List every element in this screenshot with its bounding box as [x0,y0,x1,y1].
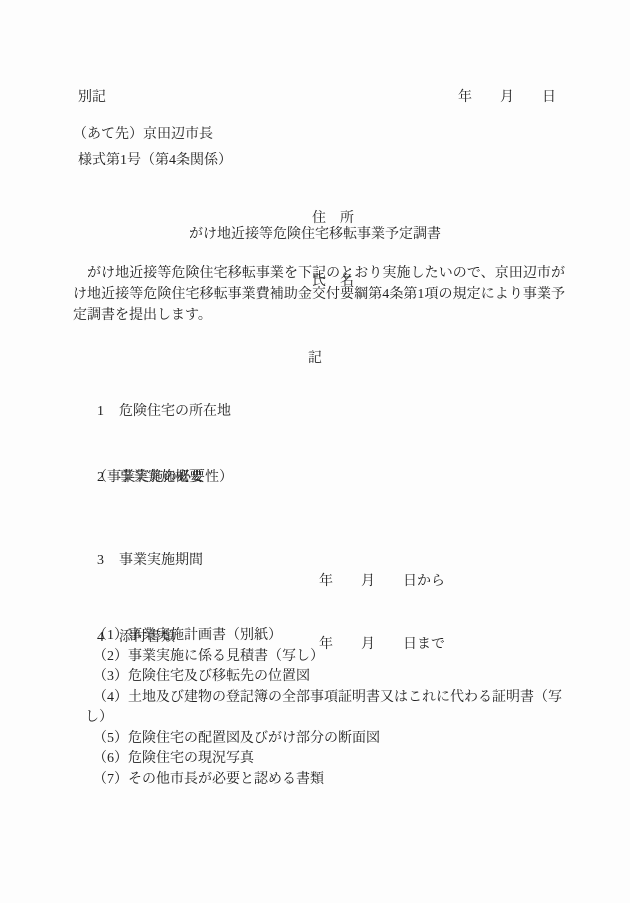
attachment-item-1: （1）事業実施計画書（別紙） [85,626,567,647]
item-3-label: 事業実施期間 [119,553,203,568]
attachment-3-text: 危険住宅及び移転先の位置図 [128,669,310,684]
addressee: （あて先）京田辺市長 [73,124,213,145]
record-marker: 記 [0,348,630,369]
attachment-3-marker: （3） [93,669,128,684]
form-number: 様式第1号（第4条関係） [78,150,232,171]
attachment-list: （1）事業実施計画書（別紙） （2）事業実施に係る見積書（写し） （3）危険住宅… [85,626,567,790]
item-3-row: 3事業実施期間 [83,529,203,592]
attachment-4-marker: （4） [93,690,128,705]
attachment-1-text: 事業実施計画書（別紙） [128,628,282,643]
attachment-6-marker: （6） [93,751,128,766]
attachment-7-marker: （7） [93,772,128,787]
attachment-item-3: （3）危険住宅及び移転先の位置図 [85,667,567,688]
item-1-label: 危険住宅の所在地 [119,404,231,419]
attachment-item-6: （6）危険住宅の現況写真 [85,749,567,770]
attachment-item-4: （4）土地及び建物の登記簿の全部事項証明書又はこれに代わる証明書（写し） [85,688,567,729]
attachment-2-marker: （2） [93,649,128,664]
document-title: がけ地近接等危険住宅移転事業予定調書 [0,224,630,245]
attachment-6-text: 危険住宅の現況写真 [128,751,254,766]
attachment-5-marker: （5） [93,731,128,746]
item-3-number: 3 [97,550,119,571]
item-2-sub-label: （事業実施の必要性） [93,467,233,488]
attachment-5-text: 危険住宅の配置図及びがけ部分の断面図 [128,731,380,746]
item-1-row: 1危険住宅の所在地 [83,380,231,443]
attachment-1-marker: （1） [93,628,128,643]
document-page: 別記 様式第1号（第4条関係） 年 月 日 （あて先）京田辺市長 住 所 氏 名… [0,0,630,903]
attachment-item-2: （2）事業実施に係る見積書（写し） [85,647,567,668]
body-paragraph: がけ地近接等危険住宅移転事業を下記のとおり実施したいので、京田辺市がけ地近接等危… [73,263,565,326]
attachment-2-text: 事業実施に係る見積書（写し） [128,649,324,664]
date-line: 年 月 日 [458,87,556,108]
attachment-4-text: 土地及び建物の登記簿の全部事項証明書又はこれに代わる証明書（写し） [85,690,562,726]
item-1-number: 1 [97,401,119,422]
appendix-note: 別記 [78,87,232,108]
attachment-item-5: （5）危険住宅の配置図及びがけ部分の断面図 [85,729,567,750]
period-from-line: 年 月 日から [319,571,445,592]
attachment-7-text: その他市長が必要と認める書類 [128,772,324,787]
attachment-item-7: （7）その他市長が必要と認める書類 [85,770,567,791]
